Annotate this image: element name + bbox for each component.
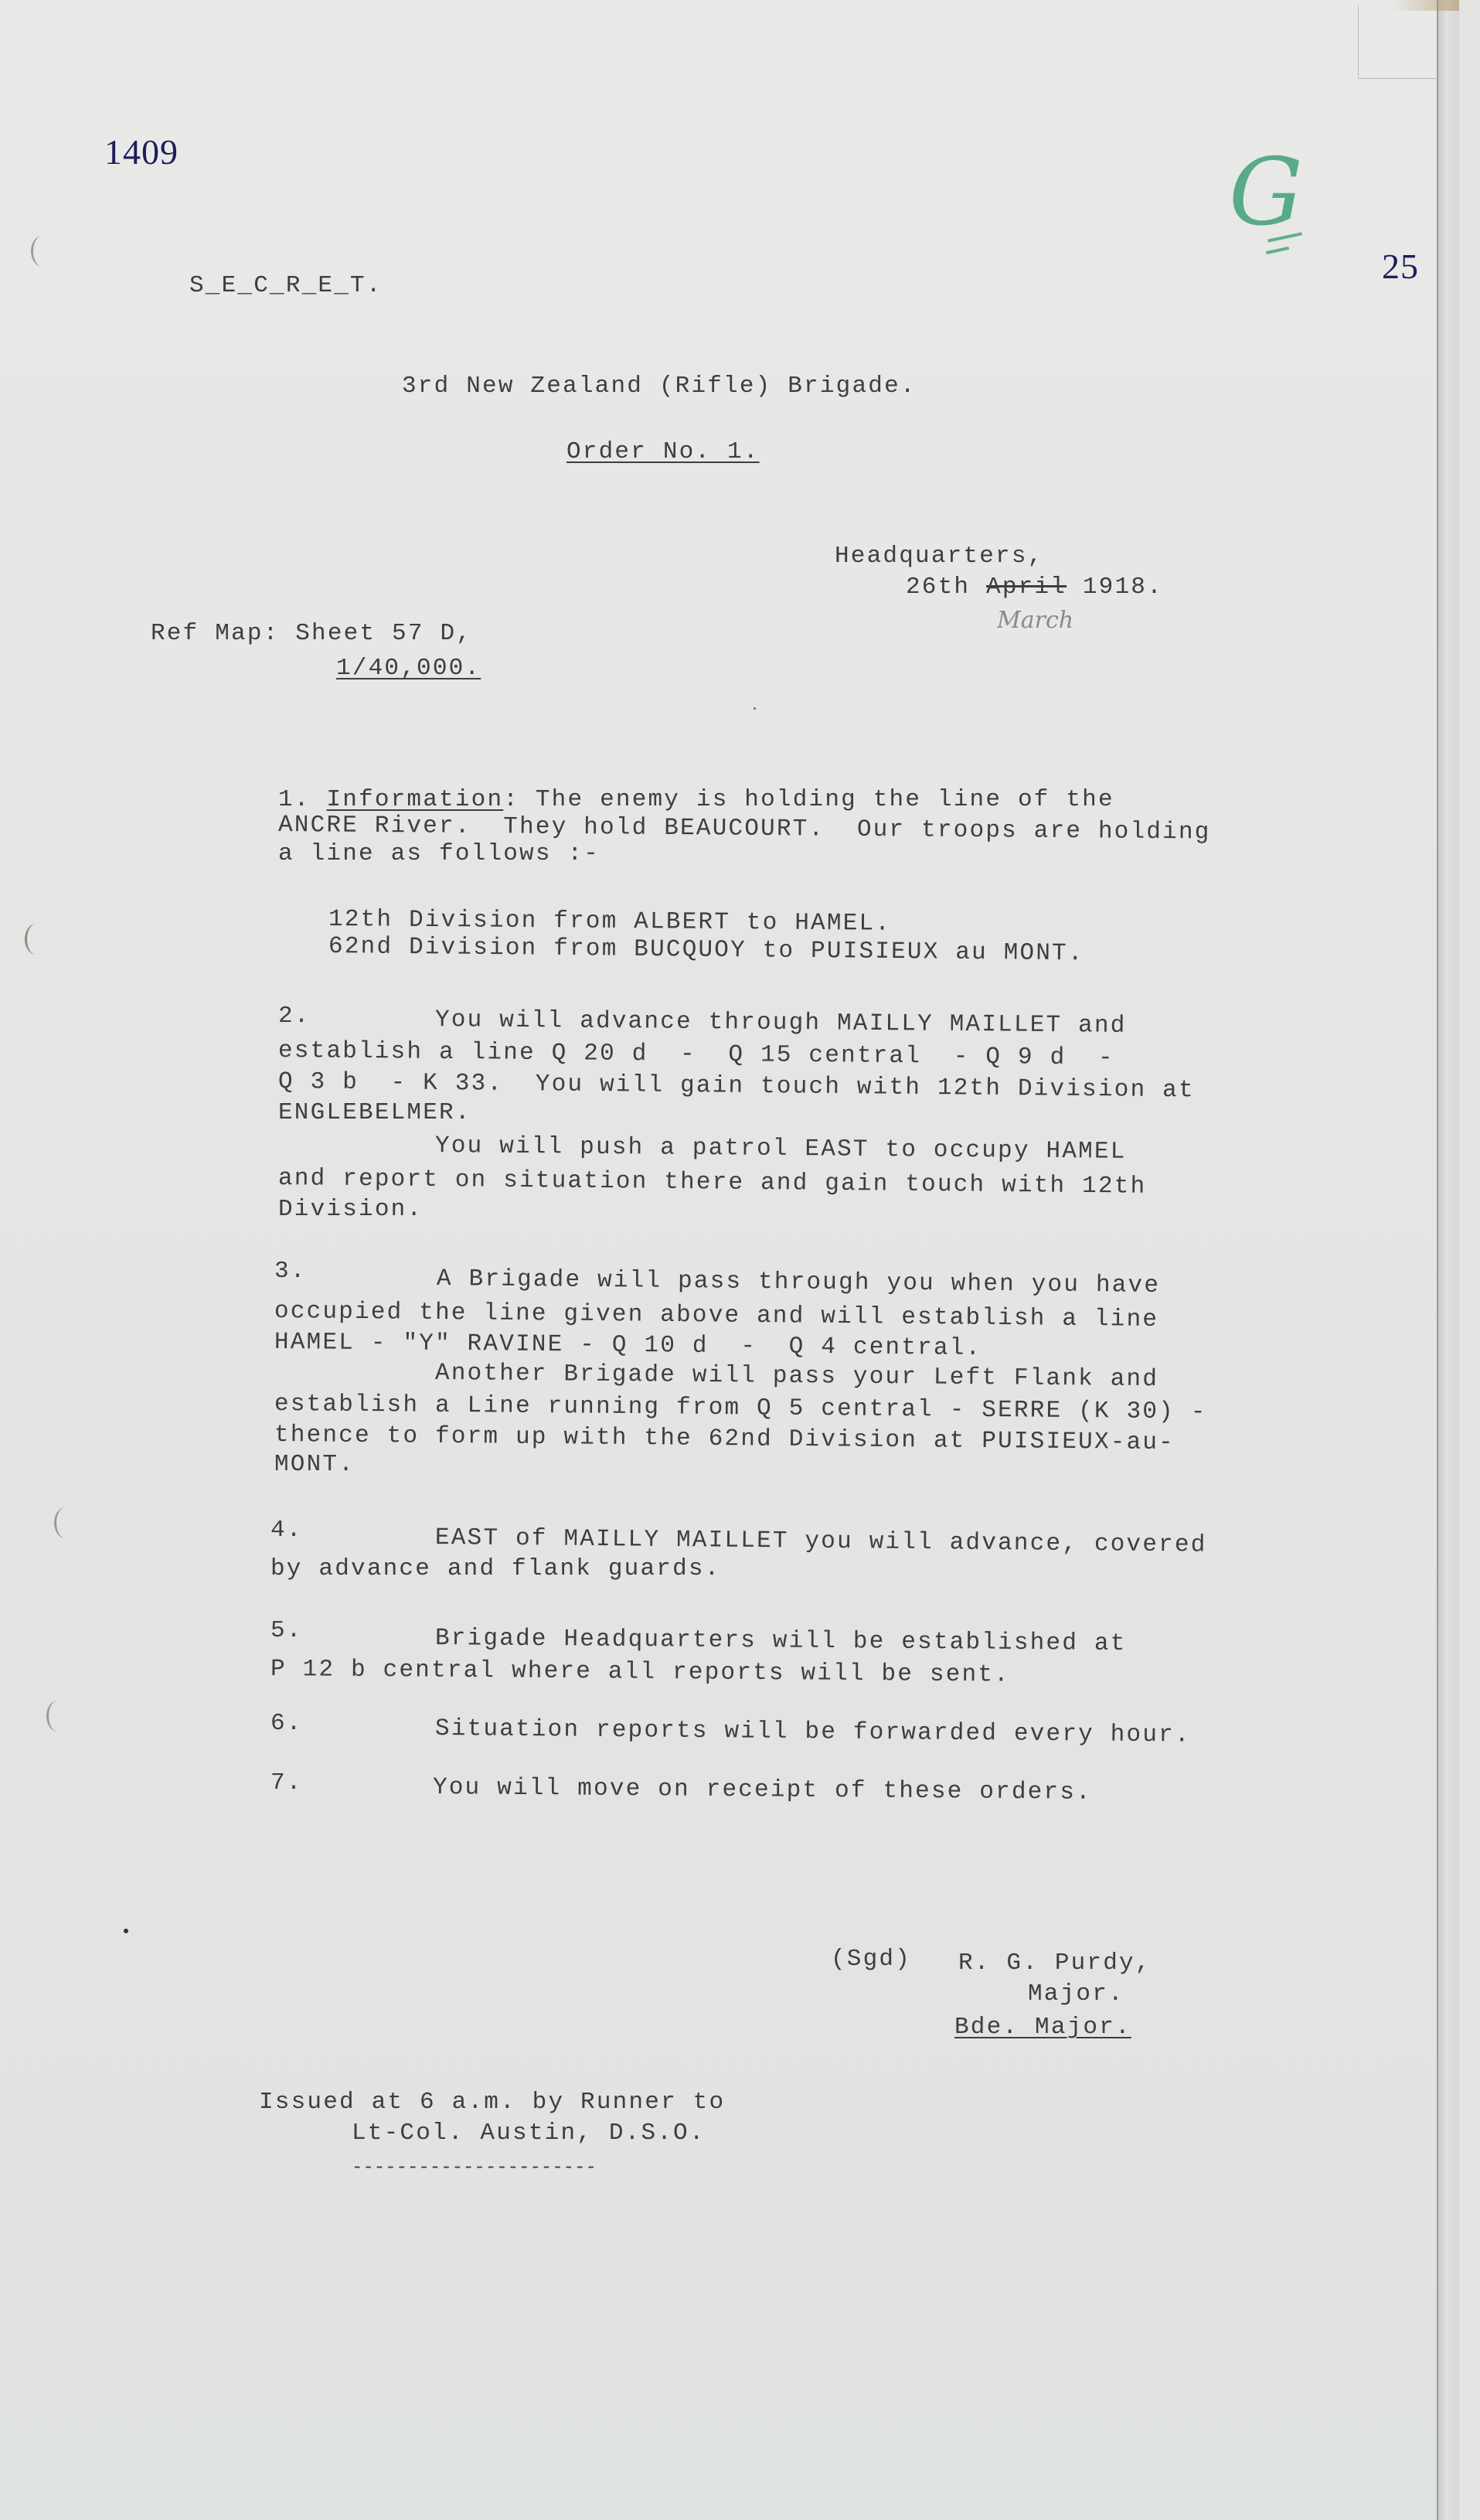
para-1-line-3: a line as follows :- xyxy=(278,843,600,865)
date-day: 26th xyxy=(906,574,970,601)
date-year: 1918. xyxy=(1083,574,1163,601)
para-5-line-1: Brigade Headquarters will be established… xyxy=(435,1627,1127,1655)
para-4-line-1: EAST of MAILLY MAILLET you will advance,… xyxy=(435,1527,1207,1557)
para-1-subline-1: 12th Division from ALBERT to HAMEL. xyxy=(328,908,891,935)
para-2-line-3: Q 3 b - K 33. You will gain touch with 1… xyxy=(278,1071,1195,1102)
signatory-rank: Major. xyxy=(1028,1983,1124,2005)
para-2-number: 2. xyxy=(278,1005,311,1027)
para-3-number: 3. xyxy=(274,1260,307,1282)
para-4-line-2: by advance and flank guards. xyxy=(270,1558,721,1580)
para-2-line-4: ENGLEBELMER. xyxy=(278,1102,471,1124)
para-3-line-3: HAMEL - "Y" RAVINE - Q 10 d - Q 4 centra… xyxy=(274,1331,982,1360)
classification: S_E_C_R_E_T. xyxy=(189,274,383,297)
para-1-subline-2: 62nd Division from BUCQUOY to PUISIEUX a… xyxy=(328,935,1084,965)
para-3-line-4: Another Brigade will pass your Left Flan… xyxy=(435,1362,1158,1391)
para-3-line-6: thence to form up with the 62nd Division… xyxy=(274,1424,1175,1454)
origin-place: Headquarters, xyxy=(835,545,1043,567)
para-6-line-1: Situation reports will be forwarded ever… xyxy=(435,1718,1191,1747)
punch-hole xyxy=(46,1701,69,1732)
document-page: 1409 G 25 S_E_C_R_E_T. 3rd New Zealand (… xyxy=(0,0,1459,2520)
para-2-line-7: Division. xyxy=(278,1198,423,1221)
ink-speck xyxy=(124,1929,128,1933)
signed-marker: (Sgd) xyxy=(831,1948,911,1970)
issued-recipient: Lt-Col. Austin, D.S.O. xyxy=(352,2122,706,2144)
punch-hole xyxy=(31,236,53,267)
para-5-number: 5. xyxy=(270,1619,303,1642)
para-1-line-2: ANCRE River. They hold BEAUCOURT. Our tr… xyxy=(278,814,1211,843)
page-edge xyxy=(1437,0,1459,2520)
para-6-number: 6. xyxy=(270,1712,303,1735)
para-3-line-2: occupied the line given above and will e… xyxy=(274,1300,1158,1331)
para-2-line-5: You will push a patrol EAST to occupy HA… xyxy=(435,1135,1127,1163)
green-annotation: G xyxy=(1229,139,1303,247)
punch-hole xyxy=(54,1507,77,1538)
para-1-line-1: 1. Information: The enemy is holding the… xyxy=(278,788,1114,811)
para-3-line-5: establish a Line running from Q 5 centra… xyxy=(274,1393,1207,1424)
paper-fold xyxy=(1358,5,1436,79)
ref-map-scale: 1/40,000. xyxy=(336,657,481,679)
handwritten-month: March xyxy=(997,607,1073,634)
para-2-line-2: establish a line Q 20 d - Q 15 central -… xyxy=(278,1040,1114,1069)
page-number: 25 xyxy=(1382,246,1419,287)
information-heading: Information xyxy=(326,786,503,813)
para-4-number: 4. xyxy=(270,1519,303,1541)
issued-line: Issued at 6 a.m. by Runner to xyxy=(259,2091,725,2113)
para-5-line-2: P 12 b central where all reports will be… xyxy=(270,1658,1010,1687)
para-3-line-1: A Brigade will pass through you when you… xyxy=(437,1268,1160,1297)
para-3-line-7: MONT. xyxy=(274,1453,355,1476)
archive-number: 1409 xyxy=(104,131,179,172)
date-month-struck: April xyxy=(986,574,1067,601)
para-7-number: 7. xyxy=(270,1772,303,1794)
para-2-line-6: and report on situation there and gain t… xyxy=(278,1167,1147,1198)
dash-rule: ---------------------- xyxy=(352,2157,597,2179)
green-annotation-mark xyxy=(1266,247,1289,254)
punch-hole xyxy=(25,924,47,955)
origin-date: 26th April 1918. xyxy=(906,576,1163,598)
order-title: Order No. 1. xyxy=(566,441,760,463)
signatory-name: R. G. Purdy, xyxy=(958,1952,1152,1974)
ink-speck xyxy=(754,707,756,710)
signatory-appointment: Bde. Major. xyxy=(954,2016,1131,2038)
para-2-line-1: You will advance through MAILLY MAILLET … xyxy=(435,1009,1127,1037)
ref-map: Ref Map: Sheet 57 D, xyxy=(151,622,472,645)
unit-heading: 3rd New Zealand (Rifle) Brigade. xyxy=(402,375,917,397)
para-7-line-1: You will move on receipt of these orders… xyxy=(433,1776,1092,1804)
